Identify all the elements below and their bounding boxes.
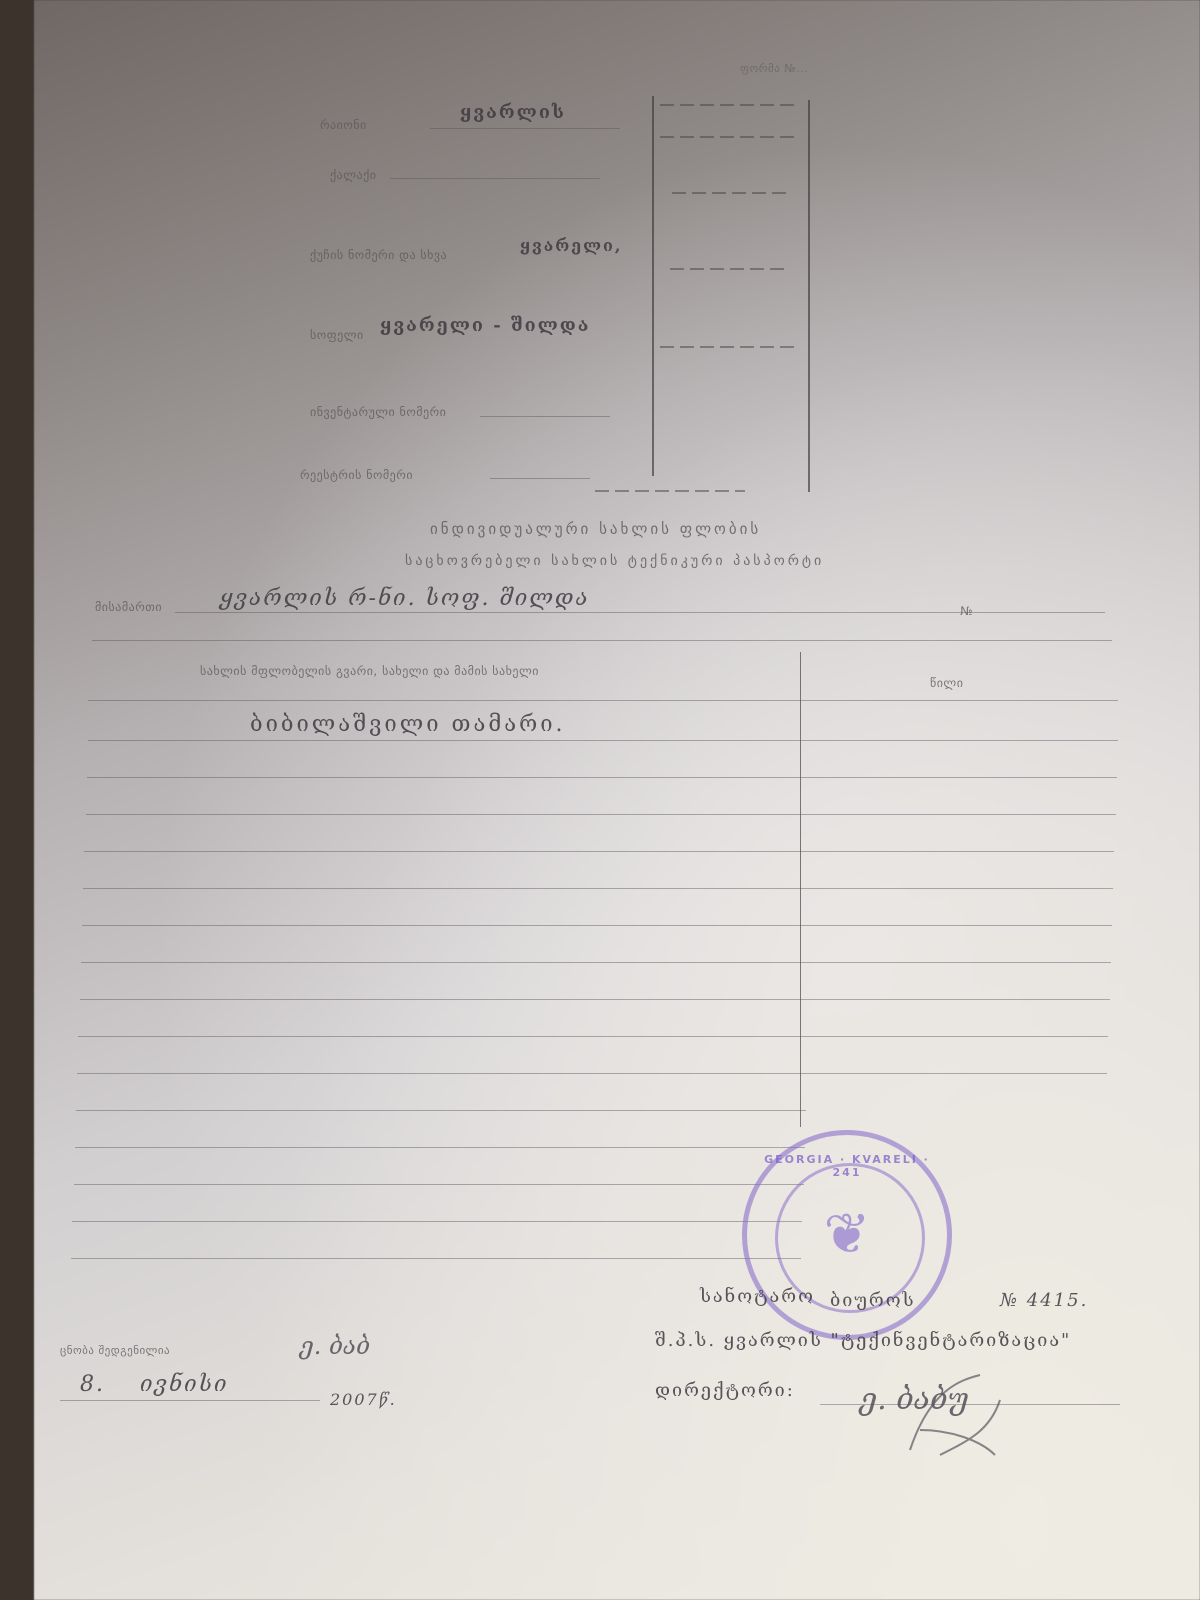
table-ruled-line xyxy=(74,1184,804,1185)
table-ruled-line xyxy=(78,1036,1108,1037)
table-ruled-line xyxy=(84,851,1114,852)
table-column-divider xyxy=(800,652,801,1127)
stamp-emblem-icon: ❦ xyxy=(807,1195,887,1275)
compiled-year: 2007წ. xyxy=(330,1390,397,1409)
signature-flourish-icon xyxy=(900,1370,1010,1460)
document-title-line1: ინდივიდუალური სახლის ფლობის xyxy=(430,520,761,538)
box-right-border xyxy=(808,100,810,492)
share-column-header: წილი xyxy=(930,676,963,690)
compiled-initials: ე. ბაბ xyxy=(300,1332,370,1360)
table-ruled-line xyxy=(71,1258,801,1259)
director-label: დირექტორი: xyxy=(655,1380,795,1401)
compiled-label: ცნობა შედგენილია xyxy=(60,1344,170,1357)
box-left-border xyxy=(652,96,654,476)
owner-name: ბიბილაშვილი თამარი. xyxy=(250,712,566,737)
notary-value: ბიუროს xyxy=(830,1290,916,1311)
table-ruled-line xyxy=(87,777,1117,778)
table-ruled-line xyxy=(80,999,1110,1000)
field-label-village: სოფელი xyxy=(310,328,364,342)
table-ruled-line xyxy=(76,1110,806,1111)
document-title-line2: საცხოვრებელი სახლის ტექნიკური პასპორტი xyxy=(405,553,824,569)
field-label-inventory-number: ინვენტარული ნომერი xyxy=(310,405,446,419)
table-ruled-line xyxy=(86,814,1116,815)
table-ruled-line xyxy=(82,925,1112,926)
notary-prefix: სანოტარო xyxy=(700,1286,815,1307)
table-ruled-line xyxy=(75,1147,805,1148)
field-value-village: ყვარელი - შილდა xyxy=(380,315,590,336)
table-ruled-line xyxy=(77,1073,1107,1074)
table-ruled-line xyxy=(88,740,1118,741)
address-label: მისამართი xyxy=(95,600,162,614)
table-ruled-line xyxy=(72,1221,802,1222)
compiled-month: ივნისი xyxy=(140,1372,229,1397)
field-value-street: ყვარელი, xyxy=(520,236,622,255)
address-value: ყვარლის რ-ნი. სოფ. შილდა xyxy=(220,586,590,611)
table-ruled-line xyxy=(83,888,1113,889)
compiled-day: 8. xyxy=(80,1372,105,1397)
owners-column-header: სახლის მფლობელის გვარი, სახელი და მამის … xyxy=(200,664,539,678)
header-note: ფორმა №... xyxy=(740,62,808,75)
address-number-label: № xyxy=(960,604,973,618)
company-name: შ.პ.ს. ყვარლის "ტექინვენტარიზაცია" xyxy=(655,1330,1071,1351)
field-value-district: ყვარლის xyxy=(460,102,566,123)
table-ruled-line xyxy=(81,962,1111,963)
field-label-street: ქუჩის ნომერი და სხვა xyxy=(310,248,447,262)
field-label-city: ქალაქი xyxy=(330,168,376,182)
field-label-district: რაიონი xyxy=(320,118,367,132)
field-label-registry-number: რეესტრის ნომერი xyxy=(300,468,413,482)
notary-number: № 4415. xyxy=(1000,1290,1088,1311)
